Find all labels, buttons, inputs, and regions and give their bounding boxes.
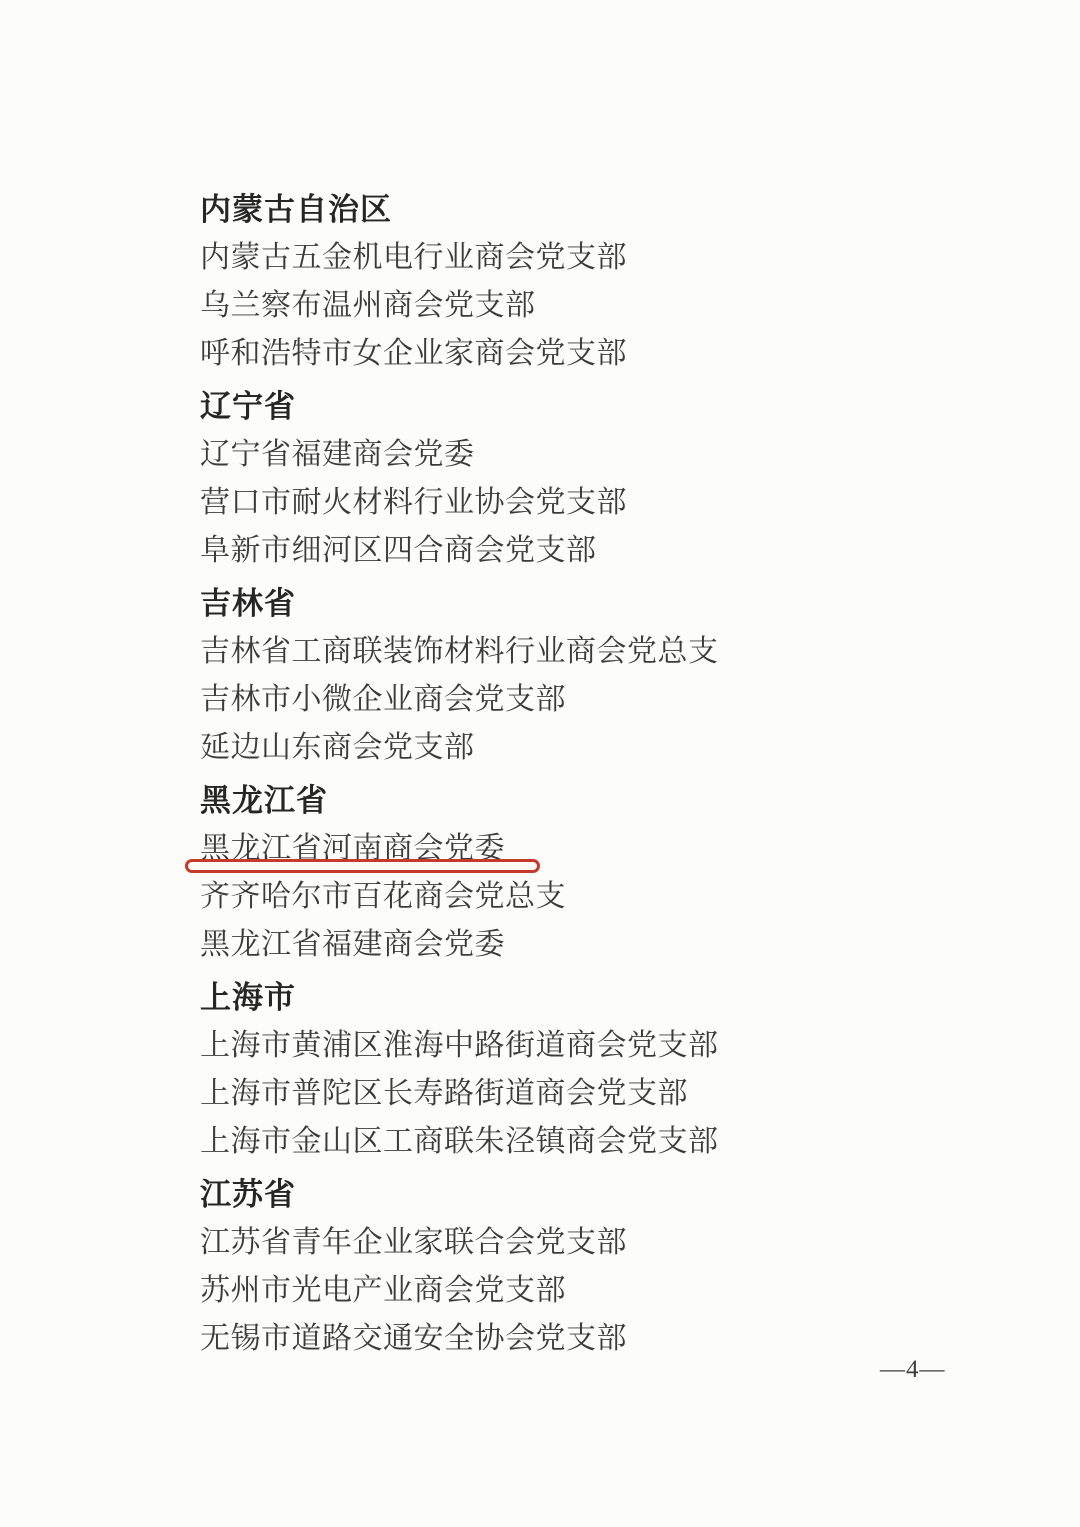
province-section: 吉林省吉林省工商联装饰材料行业商会党总支吉林市小微企业商会党支部延边山东商会党支… (200, 576, 940, 768)
org-list-item: 江苏省青年企业家联合会党支部 (200, 1215, 940, 1263)
org-list-item: 齐齐哈尔市百花商会党总支 (200, 869, 940, 917)
page-number: —4— (880, 1356, 946, 1384)
document-page: 内蒙古自治区内蒙古五金机电行业商会党支部乌兰察布温州商会党支部呼和浩特市女企业家… (0, 0, 1080, 1527)
province-heading: 吉林省 (200, 576, 940, 624)
province-section: 黑龙江省黑龙江省河南商会党委齐齐哈尔市百花商会党总支黑龙江省福建商会党委 (200, 773, 940, 965)
province-section: 辽宁省辽宁省福建商会党委营口市耐火材料行业协会党支部阜新市细河区四合商会党支部 (200, 379, 940, 571)
org-list-item: 内蒙古五金机电行业商会党支部 (200, 230, 940, 278)
province-heading: 内蒙古自治区 (200, 182, 940, 230)
org-list: 内蒙古自治区内蒙古五金机电行业商会党支部乌兰察布温州商会党支部呼和浩特市女企业家… (200, 182, 940, 1359)
org-list-item: 上海市黄浦区淮海中路街道商会党支部 (200, 1018, 940, 1066)
org-list-item: 无锡市道路交通安全协会党支部 (200, 1311, 940, 1359)
province-heading: 江苏省 (200, 1167, 940, 1215)
org-list-item: 黑龙江省河南商会党委 (200, 821, 940, 869)
org-list-item: 吉林省工商联装饰材料行业商会党总支 (200, 624, 940, 672)
org-list-item: 阜新市细河区四合商会党支部 (200, 523, 940, 571)
province-section: 内蒙古自治区内蒙古五金机电行业商会党支部乌兰察布温州商会党支部呼和浩特市女企业家… (200, 182, 940, 374)
org-list-item: 黑龙江省福建商会党委 (200, 917, 940, 965)
province-heading: 辽宁省 (200, 379, 940, 427)
province-heading: 黑龙江省 (200, 773, 940, 821)
org-list-item: 乌兰察布温州商会党支部 (200, 278, 940, 326)
province-section: 江苏省江苏省青年企业家联合会党支部苏州市光电产业商会党支部无锡市道路交通安全协会… (200, 1167, 940, 1359)
org-list-item: 上海市金山区工商联朱泾镇商会党支部 (200, 1114, 940, 1162)
org-list-item: 上海市普陀区长寿路街道商会党支部 (200, 1066, 940, 1114)
org-list-item: 吉林市小微企业商会党支部 (200, 672, 940, 720)
province-section: 上海市上海市黄浦区淮海中路街道商会党支部上海市普陀区长寿路街道商会党支部上海市金… (200, 970, 940, 1162)
org-list-item: 苏州市光电产业商会党支部 (200, 1263, 940, 1311)
org-list-item: 延边山东商会党支部 (200, 720, 940, 768)
org-list-item: 营口市耐火材料行业协会党支部 (200, 475, 940, 523)
org-list-item: 呼和浩特市女企业家商会党支部 (200, 326, 940, 374)
org-list-item: 辽宁省福建商会党委 (200, 427, 940, 475)
province-heading: 上海市 (200, 970, 940, 1018)
